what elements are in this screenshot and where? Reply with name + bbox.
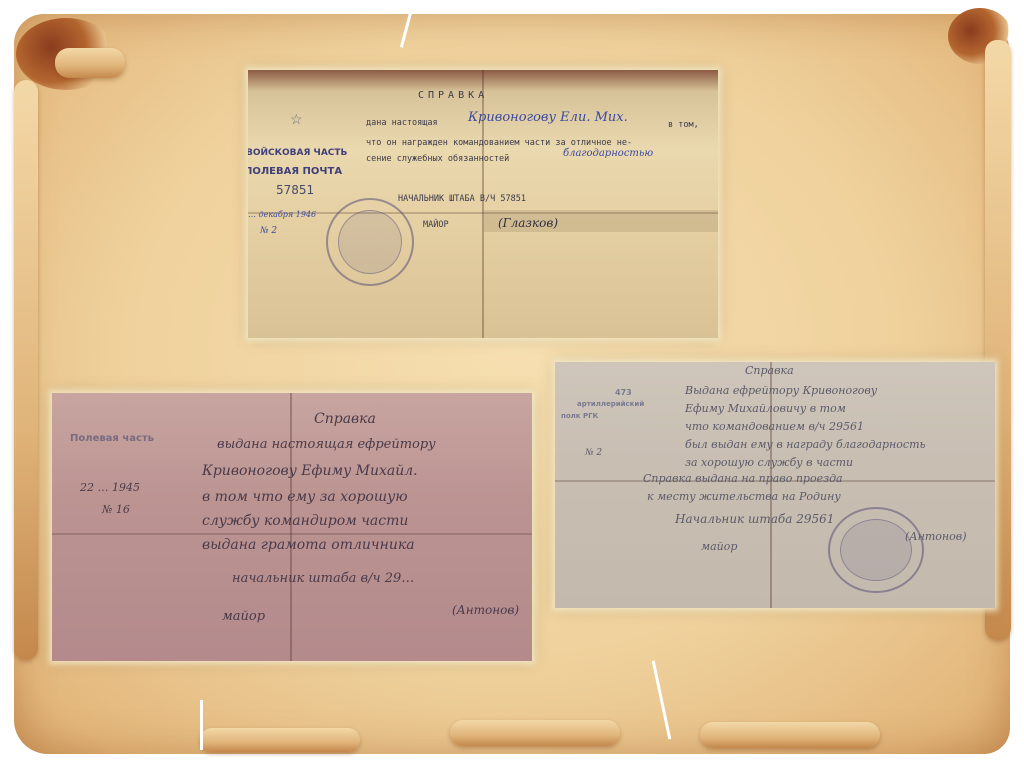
rank: майор — [701, 540, 737, 553]
text-line: сение служебных обязанностей — [366, 154, 509, 164]
handwritten-name: Кривоногову Ели. Мих. — [468, 110, 628, 125]
stamp-reg-no: № 2 — [260, 226, 277, 236]
scroll-roll-bottom-2 — [450, 720, 620, 746]
stamp-unit: ВОЙСКОВАЯ ЧАСТЬ — [248, 148, 347, 158]
stamp-reg-no: № 16 — [102, 503, 130, 516]
scroll-roll-left-edge — [14, 80, 38, 660]
handwritten-award: благодарностью — [563, 148, 653, 159]
stamp-unit: Полевая часть — [70, 433, 154, 444]
star-icon: ☆ — [290, 112, 303, 128]
document-title: Справка — [745, 364, 794, 377]
scroll-roll-bottom-3 — [700, 722, 880, 748]
scroll-roll-bottom-1 — [200, 728, 360, 752]
text-line: Справка выдана на право проезда — [643, 472, 843, 485]
fold-line — [52, 533, 532, 535]
text-line: Ефиму Михайловичу в том — [685, 402, 846, 415]
stamp-unit-type: артиллерийский — [577, 400, 644, 408]
text-line: что он награжден командованием части за … — [366, 138, 632, 148]
text-line: в том что ему за хорошую — [202, 489, 408, 505]
text-line: дана настоящая — [366, 118, 438, 128]
document-title: СПРАВКА — [418, 90, 488, 101]
footer-chief: начальник штаба в/ч 29… — [232, 571, 414, 586]
text-line: выдана настоящая ефрейтору — [217, 437, 436, 452]
text-line: в том, — [668, 120, 699, 130]
footer-chief: Начальник штаба 29561 — [675, 512, 834, 526]
scroll-roll-top-left — [55, 48, 125, 78]
stamp-date: 22 … 1945 — [80, 481, 140, 494]
stamp-unit-number: 473 — [615, 388, 632, 397]
stamp-reg-no: № 2 — [585, 448, 602, 458]
text-line: Кривоногову Ефиму Михайл. — [202, 463, 418, 479]
document-certificate-1: ☆ ВОЙСКОВАЯ ЧАСТЬ ПОЛЕВАЯ ПОЧТА 57851 … … — [248, 70, 718, 338]
text-line: выдана грамота отличника — [202, 537, 415, 553]
rank: МАЙОР — [423, 220, 449, 230]
round-seal — [828, 507, 924, 593]
signature: (Антонов) — [452, 603, 519, 617]
stamp-number: 57851 — [276, 183, 314, 197]
text-line: Выдана ефрейтору Кривоногову — [685, 384, 877, 397]
stamp-field-post: ПОЛЕВАЯ ПОЧТА — [248, 166, 342, 177]
text-line: что командованием в/ч 29561 — [685, 420, 864, 433]
signature: (Глазков) — [498, 216, 558, 230]
text-line: к месту жительства на Родину — [647, 490, 841, 503]
stamp-unit-regiment: полк РГК — [561, 412, 598, 420]
rank: майор — [222, 609, 265, 624]
document-certificate-2: Полевая часть 22 … 1945 № 16 Справка выд… — [52, 393, 532, 661]
text-line: за хорошую службу в части — [685, 456, 853, 469]
text-line: службу командиром части — [202, 513, 408, 529]
footer-chief: НАЧАЛЬНИК ШТАБА В/Ч 57851 — [398, 194, 526, 204]
round-seal — [326, 198, 414, 286]
scroll-tear — [200, 700, 203, 750]
stamp-date: … декабря 1946 — [248, 210, 316, 219]
fold-line — [770, 362, 772, 608]
document-title: Справка — [314, 411, 376, 427]
text-line: был выдан ему в награду благодарность — [685, 438, 926, 451]
document-certificate-3: 473 артиллерийский полк РГК № 2 Справка … — [555, 362, 995, 608]
